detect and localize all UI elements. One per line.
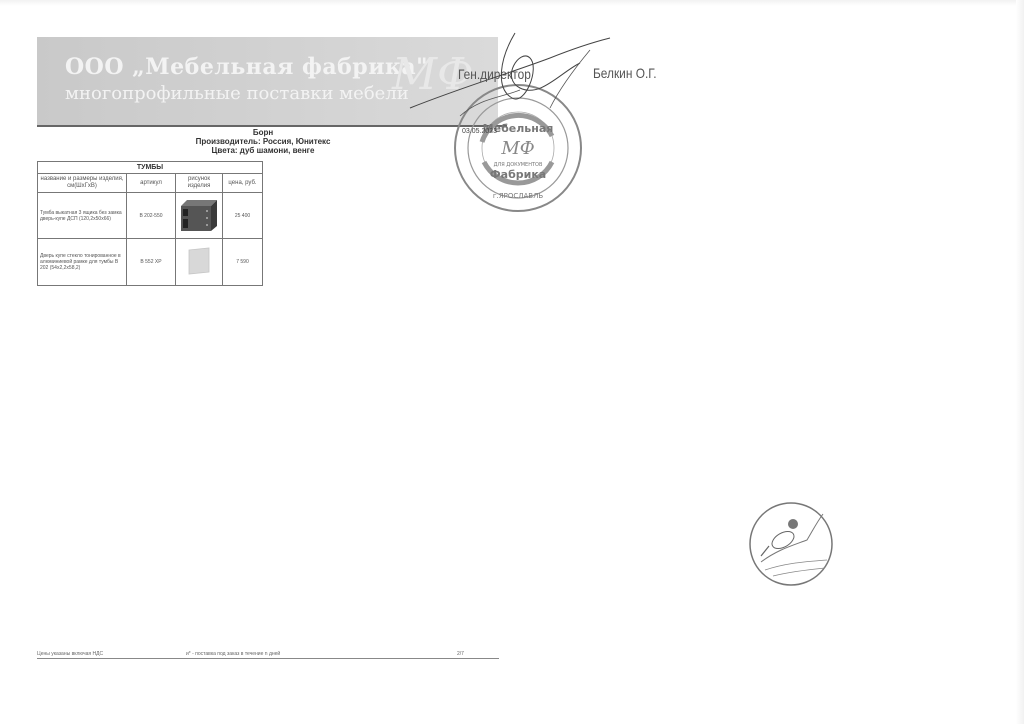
item-price: 25 400 [223, 193, 263, 239]
vat-note: Цены указаны включая НДС [37, 651, 103, 657]
cabinet-icon [179, 198, 219, 232]
column-header-name: название и размеры изделия, см(ШхГхВ) [38, 174, 127, 193]
colors: Цвета: дуб шамони, венге [150, 146, 376, 155]
glass-door-icon [186, 246, 212, 276]
manufacturer: Производитель: Россия, Юнитекс [150, 137, 376, 146]
column-header-price: цена, руб. [223, 174, 263, 193]
page-number: 2/7 [457, 651, 464, 657]
price-table: ТУМБЫ название и размеры изделия, см(ШхГ… [37, 161, 263, 286]
bird-stamp-icon [747, 500, 835, 588]
table-row: Тумба выкатная 3 ящика без замка дверь-к… [38, 193, 263, 239]
column-header-picture: рисунок изделия [176, 174, 223, 193]
item-article: В 202-550 [127, 193, 176, 239]
footer-divider [37, 658, 499, 659]
stamp-date: 03.05.2023 [462, 128, 497, 135]
item-name: Тумба выкатная 3 ящика без замка дверь-к… [38, 193, 127, 239]
scan-top-edge [0, 0, 1024, 6]
item-picture [176, 193, 223, 239]
item-picture [176, 239, 223, 286]
item-price: 7 590 [223, 239, 263, 286]
column-header-article: артикул [127, 174, 176, 193]
stamp-name-bottom: Фабрика [490, 168, 546, 181]
item-name: Дверь купе стекло тонированное в алюмини… [38, 239, 127, 286]
collection-info: Борн Производитель: Россия, Юнитекс Цвет… [150, 128, 376, 155]
company-name: ООО „Мебельная фабрика" [65, 54, 428, 80]
order-note: и* - поставка под заказ в течение n дней [186, 651, 280, 657]
scan-right-edge [1016, 0, 1024, 724]
stamp-monogram: МФ [500, 138, 534, 159]
signature-icon [400, 28, 620, 128]
company-tagline: многопрофильные поставки мебели [65, 83, 409, 104]
item-article: В 552 ХР [127, 239, 176, 286]
section-title: ТУМБЫ [38, 162, 263, 174]
stamp-city: г.ЯРОСЛАВЛЬ [493, 192, 544, 200]
collection-name: Борн [150, 128, 376, 137]
table-row: Дверь купе стекло тонированное в алюмини… [38, 239, 263, 286]
